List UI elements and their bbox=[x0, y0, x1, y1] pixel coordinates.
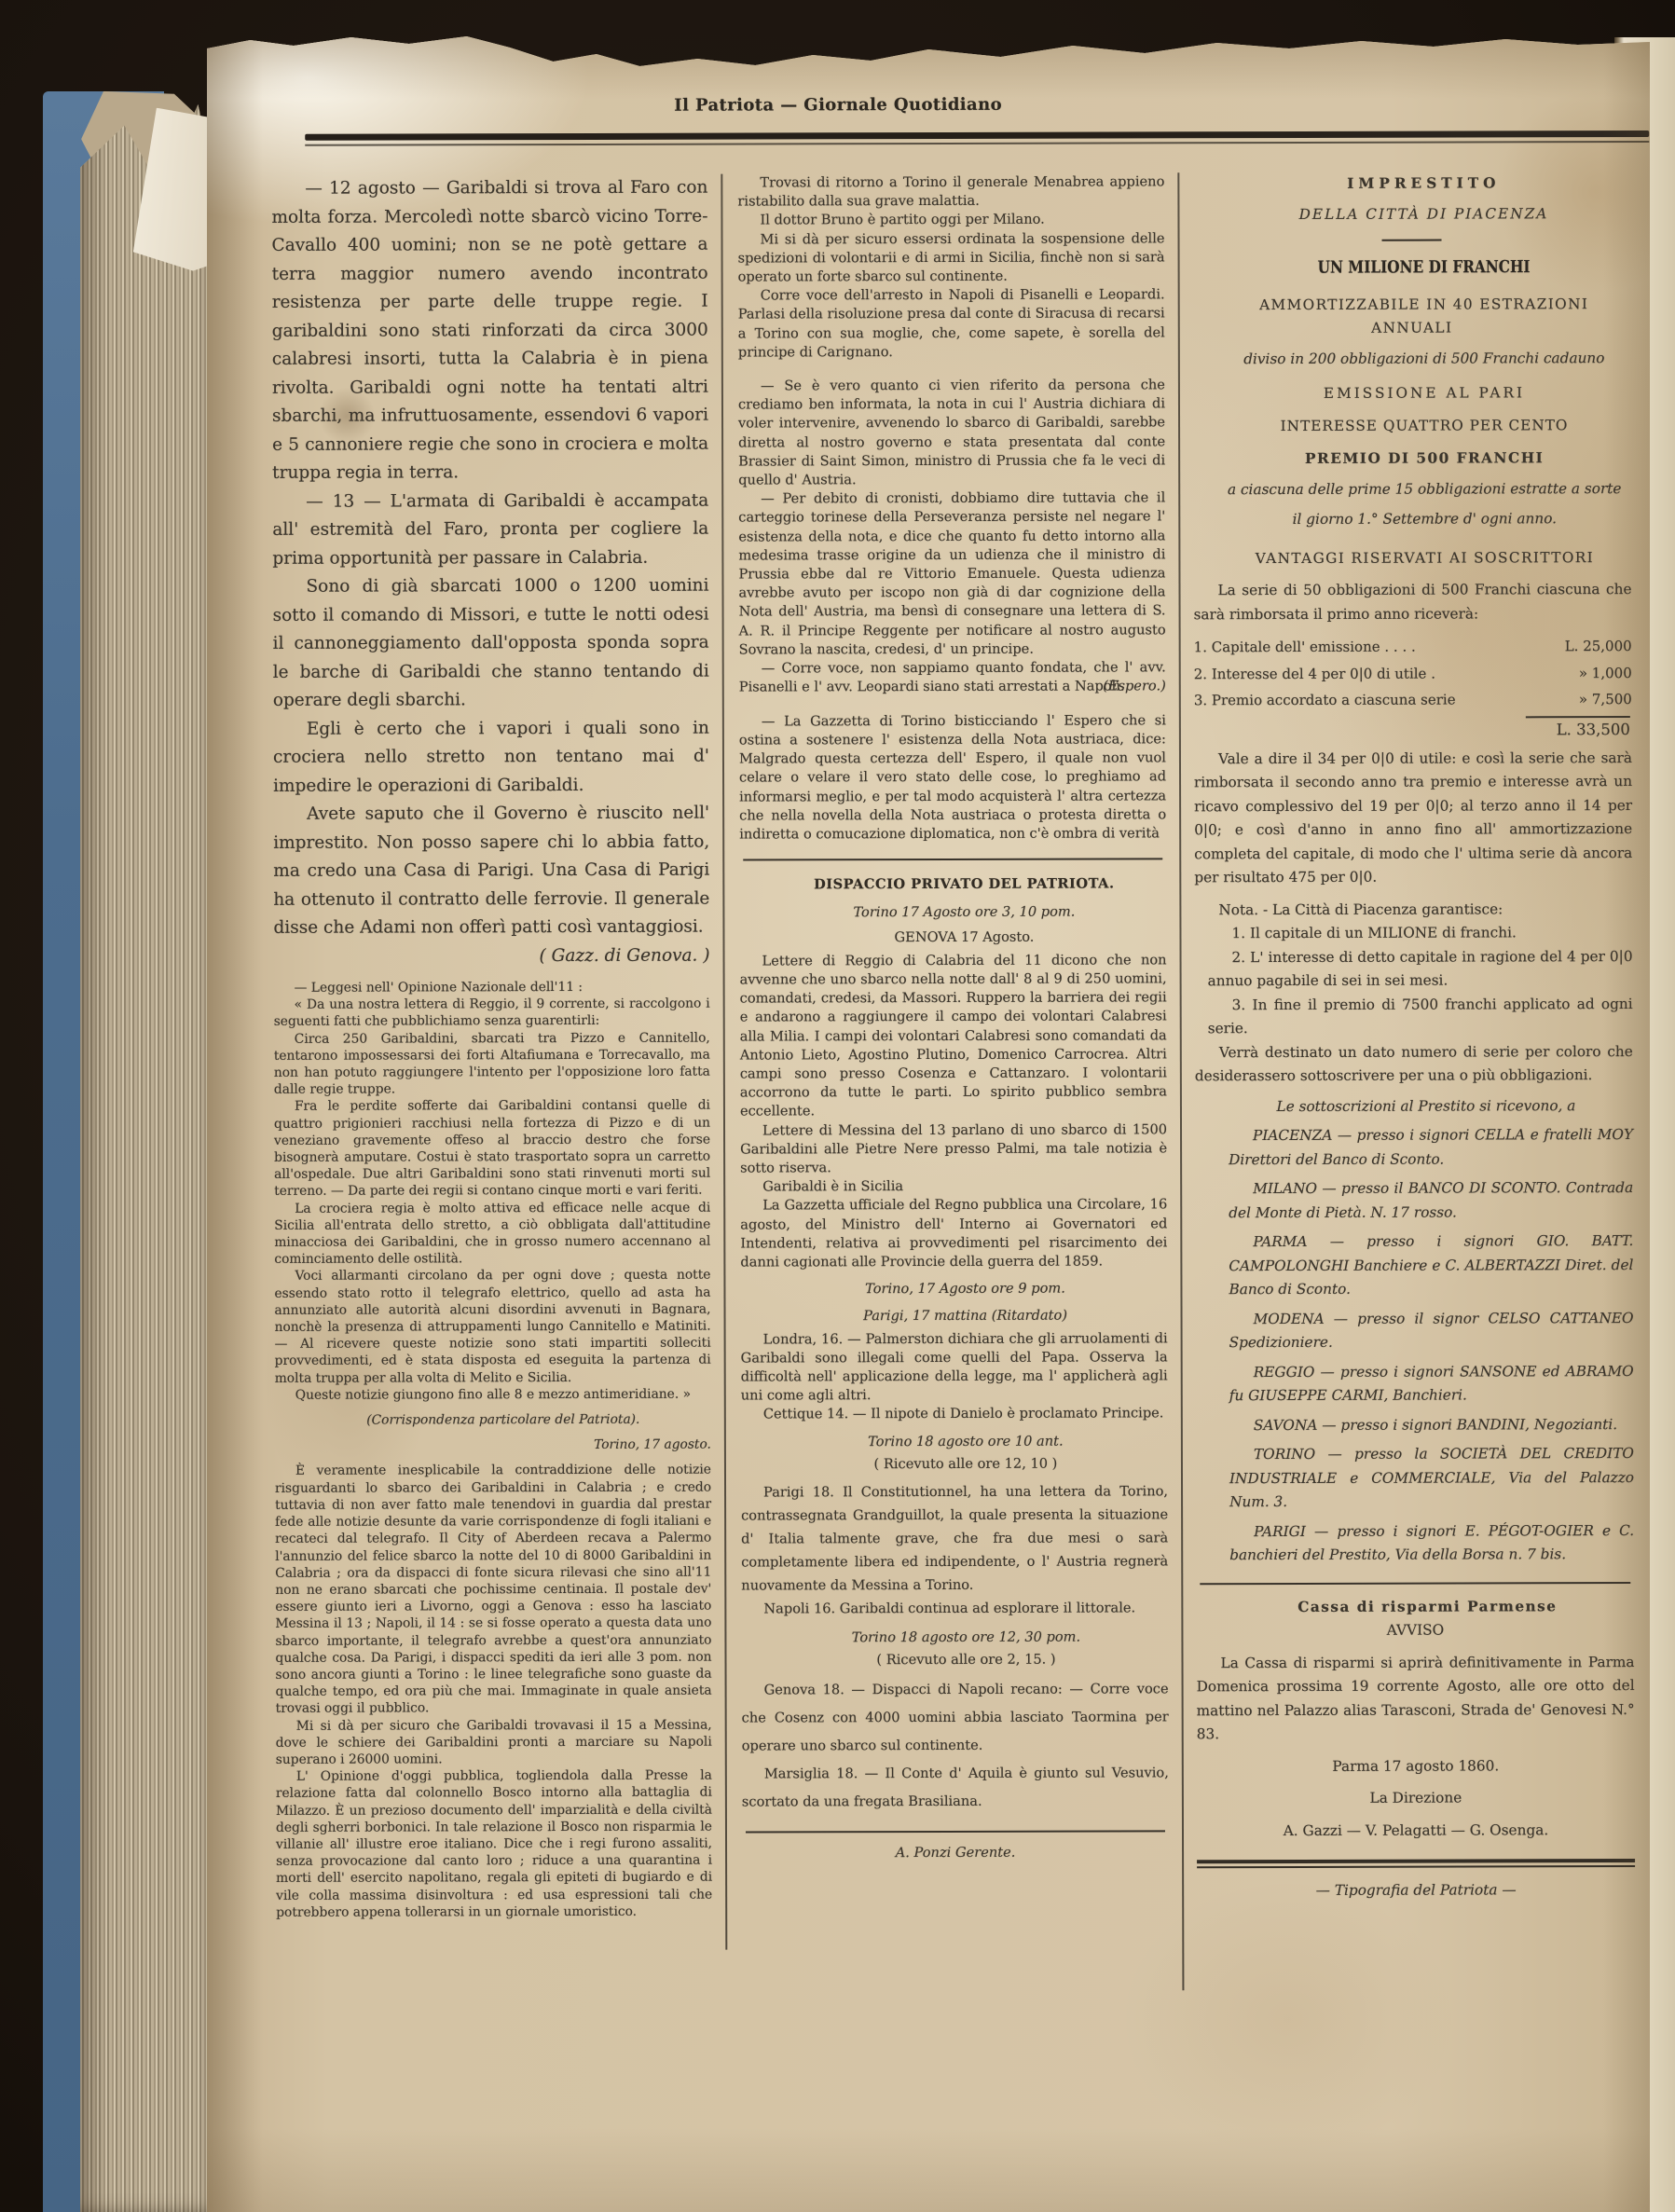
ad-line: REGGIO — presso i signori SANSONE ed ABR… bbox=[1196, 1360, 1634, 1408]
ad-line: Parma 17 agosto 1860. bbox=[1197, 1754, 1635, 1779]
ad-line: diviso in 200 obbligazioni di 500 Franch… bbox=[1193, 347, 1631, 372]
article-paragraph: Torino, 17 Agosto ore 9 pom. bbox=[740, 1280, 1167, 1299]
article-paragraph: — Se è vero quanto ci vien riferito da p… bbox=[738, 376, 1165, 489]
ledger-amount: » 7,500 bbox=[1579, 686, 1632, 713]
ad-line: A. Gazzi — V. Pelagatti — G. Osenga. bbox=[1197, 1819, 1635, 1844]
page-content: Il Patriota — Giornale Quotidiano — 12 a… bbox=[204, 32, 1653, 2212]
ad-line: MILANO — presso il BANCO DI SCONTO. Cont… bbox=[1195, 1176, 1633, 1225]
article-paragraph: DISPACCIO PRIVATO DEL PATRIOTA. bbox=[739, 874, 1166, 894]
article-paragraph: Circa 250 Garibaldini, sbarcati tra Pizz… bbox=[274, 1029, 710, 1098]
ad-line: AVVISO bbox=[1196, 1618, 1634, 1643]
ad-line: PIACENZA — presso i signori CELLA e frat… bbox=[1195, 1123, 1633, 1172]
ad-line: Le sottoscrizioni al Prestito si ricevon… bbox=[1195, 1094, 1633, 1120]
article-paragraph: Corre voce dell'arresto in Napoli di Pis… bbox=[738, 286, 1165, 363]
ad-line bbox=[1197, 1859, 1635, 1868]
article-paragraph: Marsiglia 18. — Il Conte d' Aquila è giu… bbox=[742, 1760, 1169, 1817]
ad-line: MODENA — presso il signor CELSO CATTANEO… bbox=[1196, 1307, 1634, 1355]
ad-line: Vale a dire il 34 per 0|0 di utile: e co… bbox=[1194, 747, 1632, 890]
ad-line bbox=[1200, 1582, 1630, 1585]
ad-line: Verrà destinato un dato numero di serie … bbox=[1195, 1040, 1633, 1089]
ledger-label: 2. Interesse del 4 per 0|0 di utile . bbox=[1194, 660, 1435, 687]
ad-line: — Tipografia del Patriota — bbox=[1197, 1878, 1635, 1903]
ledger-total-rule bbox=[1526, 716, 1630, 718]
article-paragraph: Trovasi di ritorno a Torino il generale … bbox=[737, 172, 1164, 212]
ad-line: DELLA CITTÀ DI PIACENZA bbox=[1192, 202, 1630, 227]
ad-line bbox=[1382, 240, 1442, 241]
article-paragraph: — Leggesi nell' Opinione Nazionale dell'… bbox=[274, 979, 710, 996]
rule-thin bbox=[305, 141, 1649, 146]
article-paragraph: La Gazzetta ufficiale del Regno pubblica… bbox=[740, 1196, 1167, 1272]
article-paragraph: L' Opinione d'oggi pubblica, togliendola… bbox=[276, 1767, 712, 1921]
ad-line: SAVONA — presso i signori BANDINI, Negoz… bbox=[1196, 1413, 1634, 1438]
article-paragraph: ( Ricevuto alle ore 12, 10 ) bbox=[741, 1454, 1168, 1474]
article-paragraph: Sono di già sbarcati 1000 o 1200 uomini … bbox=[272, 572, 708, 716]
newspaper-page: Il Patriota — Giornale Quotidiano — 12 a… bbox=[207, 34, 1650, 2212]
column-left: — 12 agosto — Garibaldi si trova al Faro… bbox=[271, 174, 712, 1921]
masthead-title: Il Patriota — Giornale Quotidiano bbox=[674, 95, 1002, 116]
article-paragraph: Cettique 14. — Il nipote di Danielo è pr… bbox=[741, 1405, 1168, 1424]
column-divider-rule bbox=[1177, 172, 1184, 1990]
article-paragraph bbox=[746, 1831, 1165, 1834]
ledger-row: 1. Capitale dell' emissione . . . . L. 2… bbox=[1194, 633, 1632, 661]
ledger-amount: » 1,000 bbox=[1579, 660, 1632, 687]
ledger-label: 3. Premio accordato a ciascuna serie bbox=[1194, 687, 1456, 714]
article-paragraph: La crociera regia è molto attiva ed effi… bbox=[274, 1199, 710, 1268]
ledger-row: 2. Interesse del 4 per 0|0 di utile . » … bbox=[1194, 660, 1632, 688]
article-paragraph: ( Ricevuto alle ore 2, 15. ) bbox=[741, 1651, 1168, 1670]
article-paragraph: Fra le perdite sofferte dai Garibaldini … bbox=[274, 1097, 710, 1200]
ad-line: VANTAGGI RISERVATI AI SOSCRITTORI bbox=[1193, 546, 1631, 571]
ad-line: IMPRESTITO bbox=[1192, 172, 1630, 197]
ad-line: TORINO — presso la SOCIETÀ DEL CREDITO I… bbox=[1196, 1442, 1634, 1515]
article-paragraph: Torino 18 agosto ore 12, 30 pom. bbox=[741, 1628, 1168, 1647]
article-paragraph: (Corrispondenza particolare del Patriota… bbox=[275, 1411, 711, 1429]
ad-line: La serie di 50 obbligazioni di 500 Franc… bbox=[1193, 578, 1631, 626]
article-paragraph: Mi si dà per sicuro essersi ordinata la … bbox=[737, 229, 1164, 287]
ad-line: EMISSIONE AL PARI bbox=[1193, 381, 1631, 406]
article-paragraph: — La Gazzetta di Torino bisticciando l' … bbox=[739, 711, 1166, 845]
article-paragraph: Voci allarmanti circolano da per ogni do… bbox=[274, 1267, 710, 1387]
article-paragraph bbox=[743, 858, 1162, 860]
ad-line: AMMORTIZZABILE IN 40 ESTRAZIONI ANNUALI bbox=[1193, 293, 1631, 341]
ledger-total: L. 33,500 bbox=[1194, 721, 1632, 739]
rule-thick bbox=[305, 131, 1649, 141]
article-paragraph: Garibaldi è in Sicilia bbox=[740, 1176, 1167, 1196]
ad-line: UN MILIONE DI FRANCHI bbox=[1193, 254, 1631, 282]
ad-line: PREMIO DI 500 FRANCHI bbox=[1193, 447, 1631, 472]
article-paragraph: Lettere di Messina del 13 parlano di uno… bbox=[740, 1120, 1167, 1178]
article-paragraph: Parigi 18. Il Constitutionnel, ha una le… bbox=[741, 1479, 1168, 1597]
article-paragraph: — 12 agosto — Garibaldi si trova al Faro… bbox=[271, 174, 708, 488]
ad-line: 3. In fine il premio di 7500 franchi app… bbox=[1195, 993, 1633, 1041]
article-paragraph: A. Ponzi Gerente. bbox=[742, 1844, 1169, 1863]
article-paragraph: Mi si dà per sicuro che Garibaldi trovav… bbox=[276, 1716, 712, 1768]
article-paragraph: Genova 18. — Dispacci di Napoli recano: … bbox=[742, 1676, 1169, 1761]
article-paragraph: Torino 18 agosto ore 10 ant. bbox=[741, 1432, 1168, 1451]
ledger-amount: L. 25,000 bbox=[1565, 633, 1632, 660]
ad-line: INTERESSE QUATTRO PER CENTO bbox=[1193, 414, 1631, 439]
article-paragraph: Napoli 16. Garibaldi continua ad esplora… bbox=[741, 1596, 1168, 1620]
loan-ledger: 1. Capitale dell' emissione . . . . L. 2… bbox=[1194, 633, 1632, 739]
column-right-advertisement: IMPRESTITODELLA CITTÀ DI PIACENZAUN MILI… bbox=[1192, 172, 1635, 1903]
masthead-double-rule bbox=[305, 131, 1649, 146]
article-paragraph: Parigi, 17 mattina (Ritardato) bbox=[741, 1307, 1168, 1326]
article-paragraph: Torino, 17 agosto. bbox=[275, 1436, 711, 1454]
column-middle: Trovasi di ritorno a Torino il generale … bbox=[737, 172, 1169, 1863]
article-paragraph: Avete saputo che il Governo è riuscito n… bbox=[273, 800, 709, 943]
ad-line: Cassa di risparmi Parmense bbox=[1196, 1595, 1634, 1620]
article-paragraph: Lettere di Reggio di Calabria del 11 dic… bbox=[740, 951, 1167, 1121]
bound-page-stack-edge bbox=[80, 104, 227, 2212]
article-paragraph: ( Gazz. di Genova. ) bbox=[273, 941, 709, 971]
ledger-label: 1. Capitale dell' emissione . . . . bbox=[1194, 634, 1416, 661]
ad-line: La Cassa di risparmi si aprirà definitiv… bbox=[1196, 1651, 1634, 1747]
ad-line: La Direzione bbox=[1197, 1786, 1635, 1811]
ledger-row: 3. Premio accordato a ciascuna serie » 7… bbox=[1194, 686, 1632, 714]
article-paragraph: È veramente inesplicabile la contraddizi… bbox=[275, 1462, 712, 1717]
ad-line: PARMA — presso i signori GIO. BATT. CAMP… bbox=[1195, 1230, 1633, 1302]
ad-line: il giorno 1.° Settembre d' ogni anno. bbox=[1193, 507, 1631, 532]
article-paragraph: Il dottor Bruno è partito oggi per Milan… bbox=[737, 211, 1164, 230]
photographed-newspaper-scene: Il Patriota — Giornale Quotidiano — 12 a… bbox=[0, 0, 1675, 2212]
article-paragraph: « Da una nostra lettera di Reggio, il 9 … bbox=[274, 996, 710, 1031]
article-paragraph: Queste notizie giungono fino alle 8 e me… bbox=[275, 1385, 711, 1403]
ad-line: a ciascuna delle prime 15 obbligazioni e… bbox=[1193, 477, 1631, 502]
ad-line: 2. L' interesse di detto capitale in rag… bbox=[1195, 945, 1633, 994]
article-paragraph: Londra, 16. — Palmerston dichiara che gl… bbox=[741, 1329, 1168, 1406]
ad-line: PARIGI — presso i signori E. PÉGOT-OGIER… bbox=[1196, 1519, 1634, 1568]
article-paragraph: Egli è certo che i vapori i quali sono i… bbox=[273, 714, 709, 801]
article-paragraph: — Per debito di cronisti, dobbiamo dire … bbox=[738, 489, 1165, 660]
article-paragraph: GENOVA 17 Agosto. bbox=[739, 927, 1166, 947]
ad-line: 1. Il capitale di un MILIONE di franchi. bbox=[1194, 921, 1632, 946]
article-paragraph: Torino 17 Agosto ore 3, 10 pom. bbox=[739, 903, 1166, 923]
article-paragraph: — 13 — L'armata di Garibaldi è accampata… bbox=[272, 487, 708, 573]
column-divider-rule bbox=[721, 174, 727, 1950]
ad-line: Nota. - La Città di Piacenza garantisce: bbox=[1194, 898, 1632, 923]
